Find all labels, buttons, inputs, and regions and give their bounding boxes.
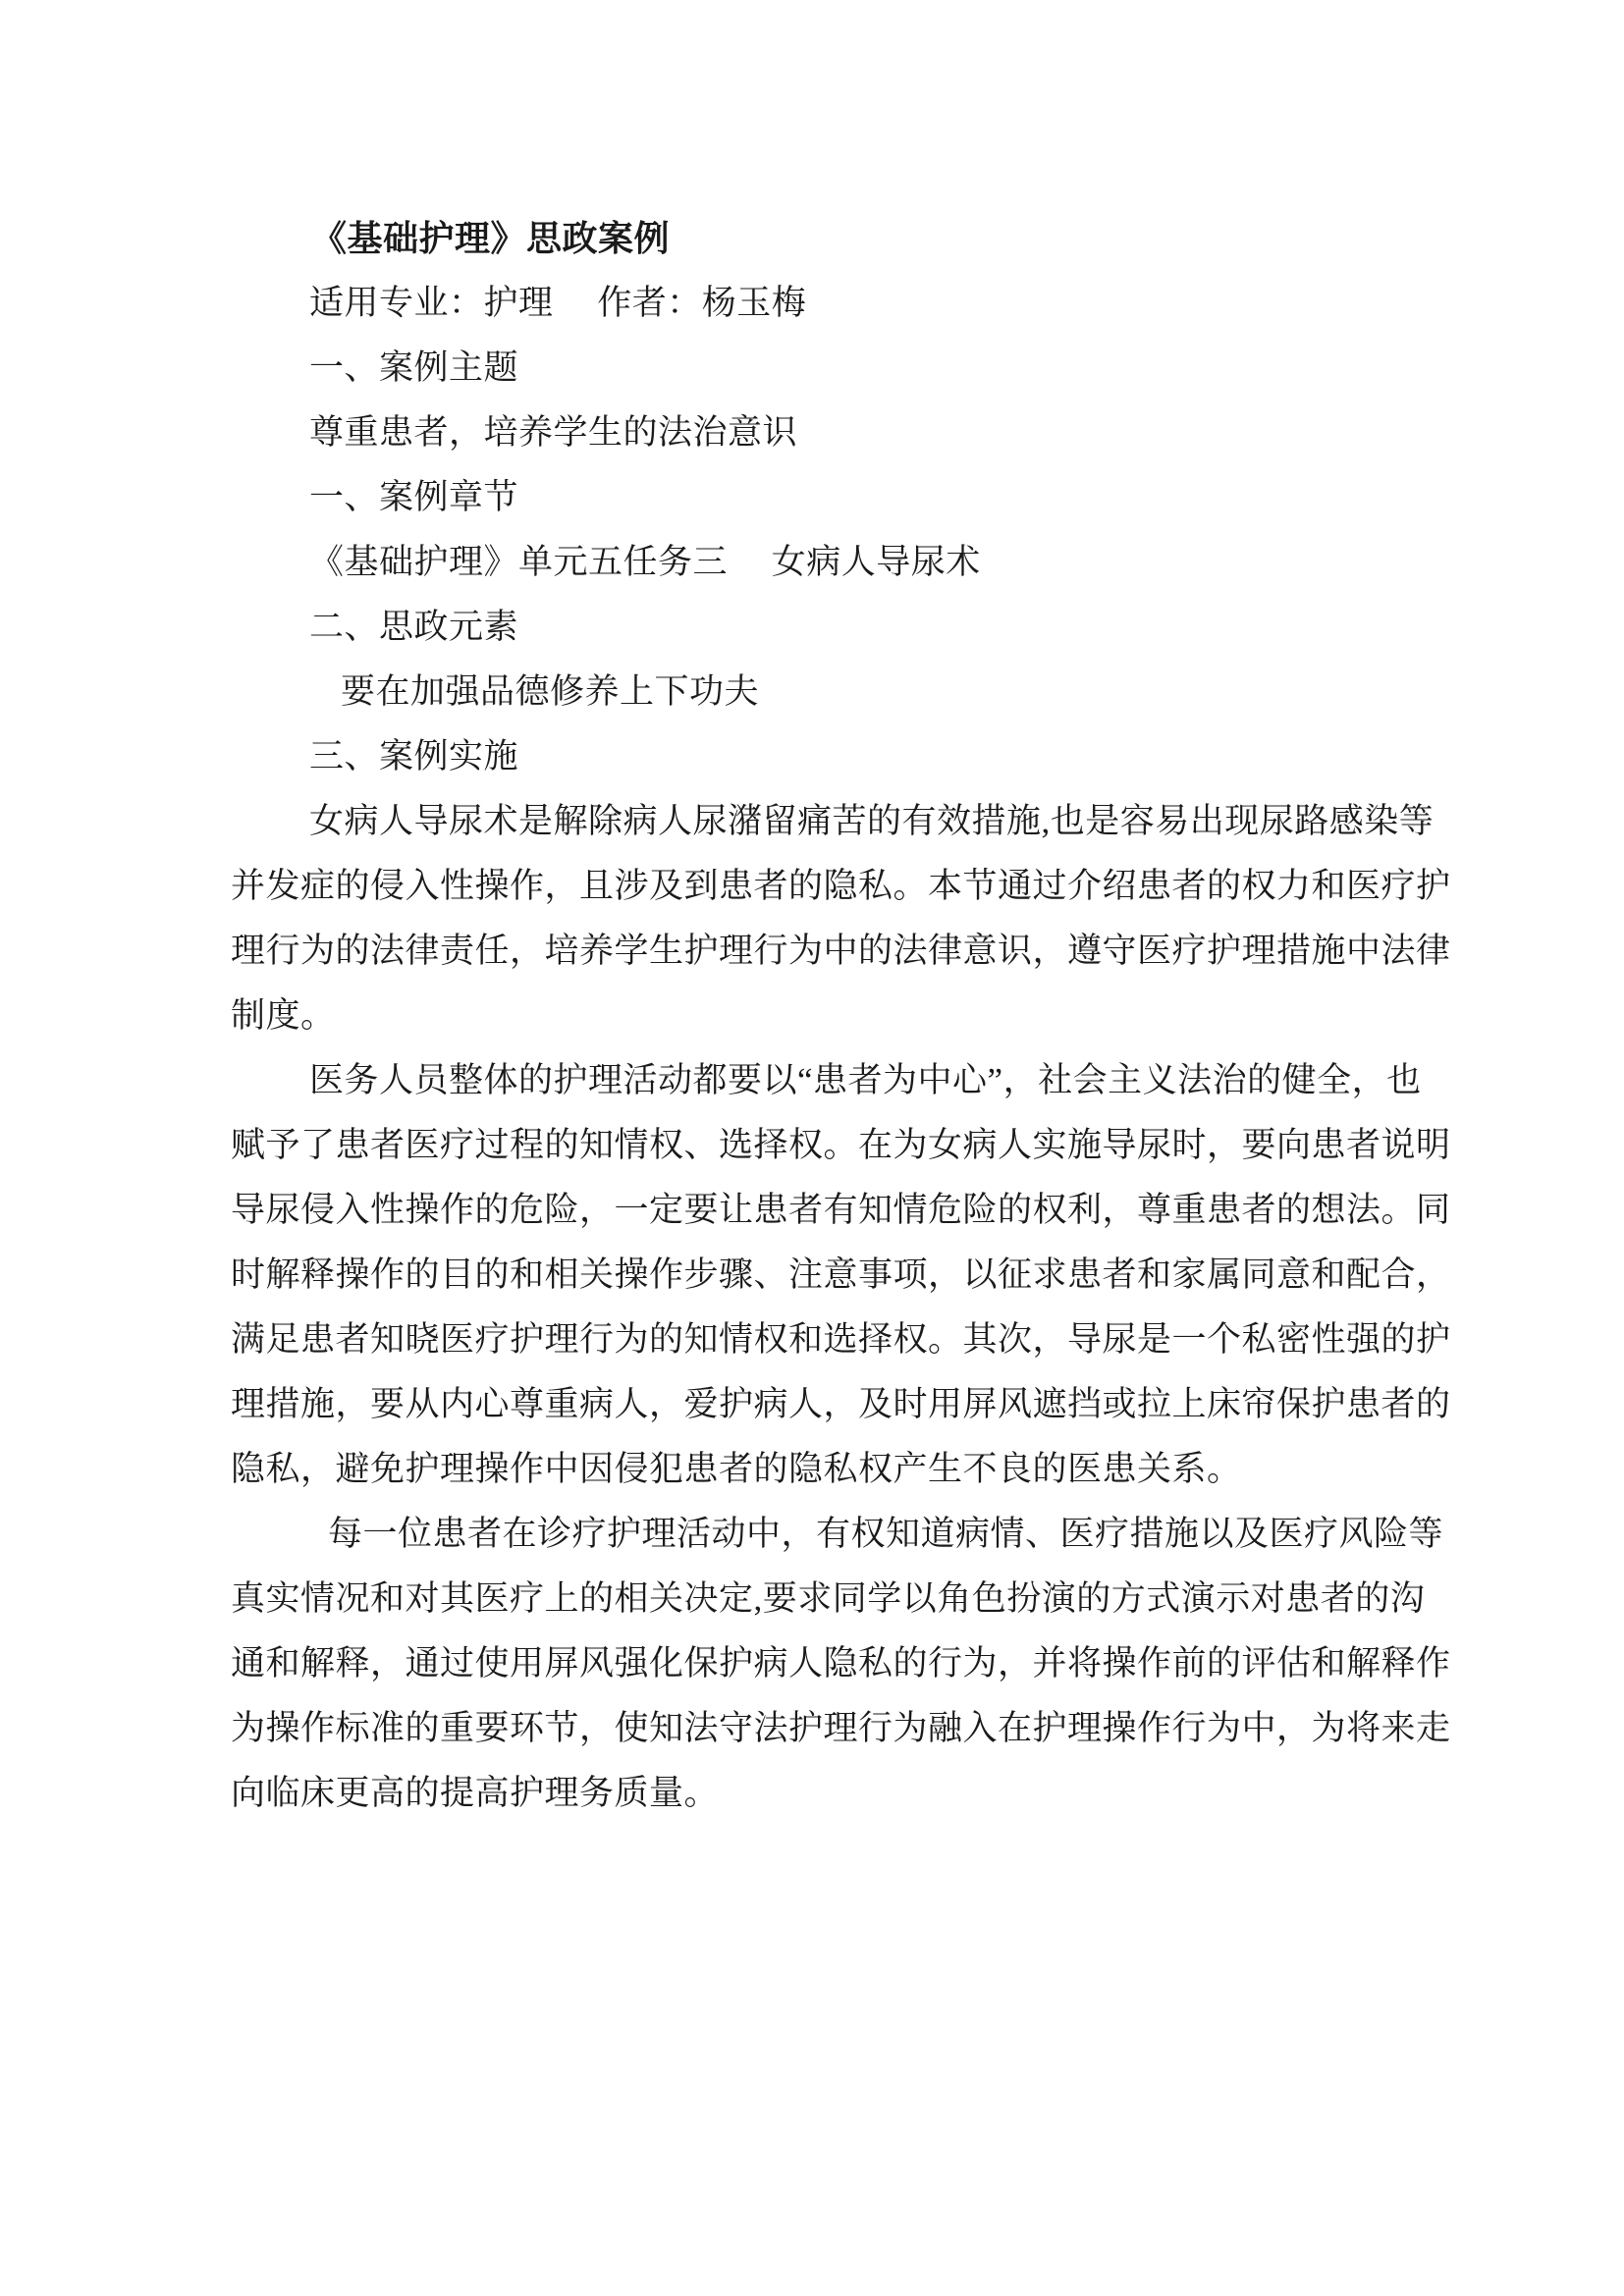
document-page: 《基础护理》思政案例 适用专业：护理 作者：杨玉梅 一、案例主题 尊重患者，培养… — [0, 0, 1624, 2296]
text-line: 赋予了患者医疗过程的知情权、选择权。在为女病人实施导尿时，要向患者说明 — [231, 1113, 1399, 1178]
meta-line-authors: 适用专业：护理 作者：杨玉梅 — [231, 271, 1399, 336]
heading-case-implementation: 三、案例实施 — [231, 724, 1399, 789]
text-line: 时解释操作的目的和相关操作步骤、注意事项，以征求患者和家属同意和配合， — [231, 1243, 1399, 1308]
text-line: 制度。 — [231, 984, 1399, 1048]
heading-case-chapter: 一、案例章节 — [231, 465, 1399, 530]
text-line: 并发症的侵入性操作，且涉及到患者的隐私。本节通过介绍患者的权力和医疗护 — [231, 854, 1399, 919]
text-line: 女病人导尿术是解除病人尿潴留痛苦的有效措施,也是容易出现尿路感染等 — [231, 789, 1399, 854]
text-line: 真实情况和对其医疗上的相关决定,要求同学以角色扮演的方式演示对患者的沟 — [231, 1567, 1399, 1631]
text-line: 尊重患者，培养学生的法治意识 — [231, 400, 1399, 465]
document-title: 《基础护理》思政案例 — [231, 206, 1399, 271]
text-line: 通和解释，通过使用屏风强化保护病人隐私的行为，并将操作前的评估和解释作 — [231, 1631, 1399, 1696]
text-line: 为操作标准的重要环节，使知法守法护理行为融入在护理操作行为中，为将来走 — [231, 1696, 1399, 1761]
text-line: 理措施，要从内心尊重病人，爱护病人，及时用屏风遮挡或拉上床帘保护患者的 — [231, 1372, 1399, 1437]
heading-case-theme: 一、案例主题 — [231, 336, 1399, 400]
text-line: 《基础护理》单元五任务三 女病人导尿术 — [231, 530, 1399, 595]
text-line: 医务人员整体的护理活动都要以“患者为中心”，社会主义法治的健全，也 — [231, 1048, 1399, 1113]
text-line: 向临床更高的提高护理务质量。 — [231, 1761, 1399, 1826]
text-line: 每一位患者在诊疗护理活动中，有权知道病情、医疗措施以及医疗风险等 — [231, 1502, 1399, 1567]
text-line: 要在加强品德修养上下功夫 — [231, 660, 1399, 724]
document-content: 《基础护理》思政案例 适用专业：护理 作者：杨玉梅 一、案例主题 尊重患者，培养… — [231, 206, 1399, 1826]
text-line: 理行为的法律责任，培养学生护理行为中的法律意识，遵守医疗护理措施中法律 — [231, 919, 1399, 984]
heading-ideology-elements: 二、思政元素 — [231, 595, 1399, 660]
text-line: 导尿侵入性操作的危险，一定要让患者有知情危险的权利，尊重患者的想法。同 — [231, 1178, 1399, 1243]
text-line: 隐私，避免护理操作中因侵犯患者的隐私权产生不良的医患关系。 — [231, 1437, 1399, 1502]
text-line: 满足患者知晓医疗护理行为的知情权和选择权。其次，导尿是一个私密性强的护 — [231, 1308, 1399, 1372]
